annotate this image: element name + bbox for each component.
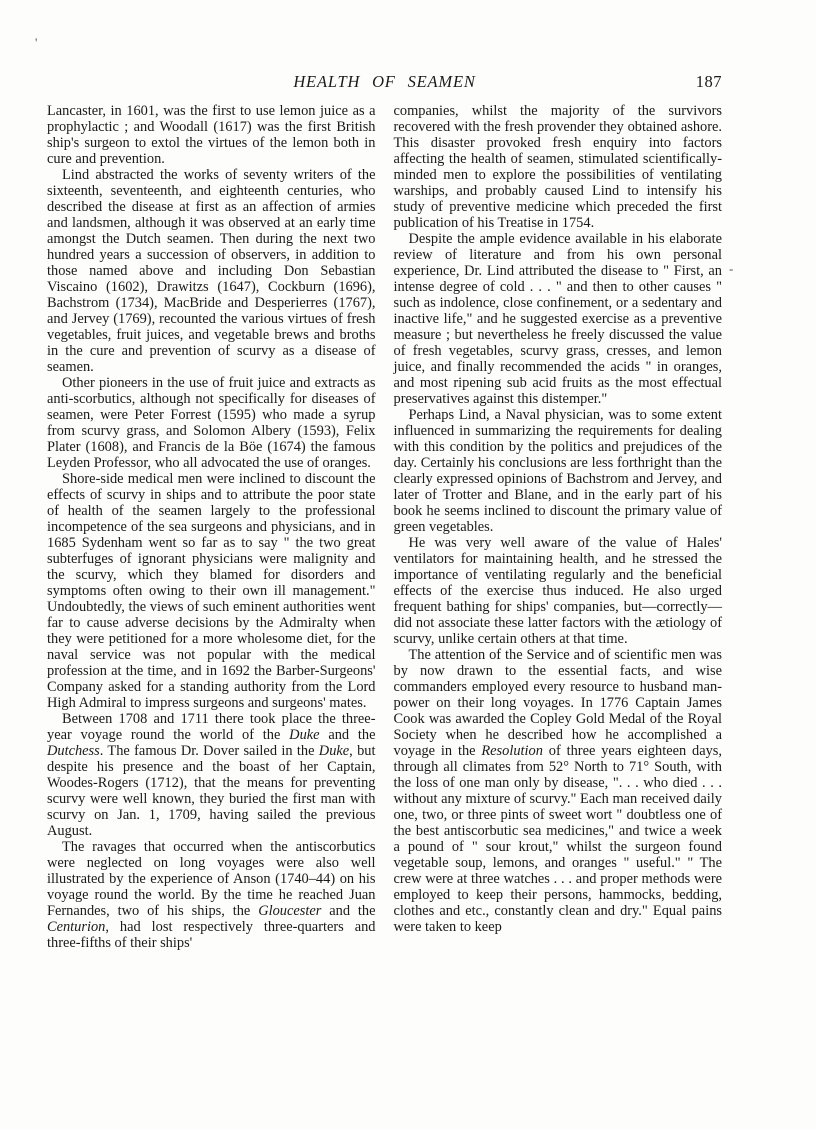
body-text: Perhaps Lind, a Naval physician, was to … [394, 407, 723, 535]
body-text: He was very well aware of the value of H… [394, 535, 723, 647]
italic-text: Centurion [47, 919, 105, 935]
left-column: Lancaster, in 1601, was the first to use… [47, 103, 376, 951]
paragraph: Perhaps Lind, a Naval physician, was to … [394, 407, 723, 535]
right-column: companies, whilst the majority of the su… [394, 103, 723, 951]
body-text: and the [321, 903, 375, 919]
running-title: HEALTH OF SEAMEN [47, 72, 722, 92]
paragraph: Lind abstracted the works of seventy wri… [47, 167, 376, 375]
body-text: and the [320, 727, 376, 743]
paragraph: Other pioneers in the use of fruit juice… [47, 375, 376, 471]
paragraph: The attention of the Service and of scie… [394, 647, 723, 935]
body-text: . The famous Dr. Dover sailed in the [100, 743, 319, 759]
page-header: HEALTH OF SEAMEN 187 [47, 72, 722, 96]
document-page: ' - HEALTH OF SEAMEN 187 Lancaster, in 1… [0, 0, 816, 1129]
paragraph: companies, whilst the majority of the su… [394, 103, 723, 231]
italic-text: Resolution [481, 743, 543, 759]
body-text: Shore-side medical men were inclined to … [47, 471, 376, 711]
text-columns: Lancaster, in 1601, was the first to use… [47, 103, 722, 951]
paragraph: Despite the ample evidence available in … [394, 231, 723, 407]
italic-text: Gloucester [258, 903, 321, 919]
paragraph: Shore-side medical men were inclined to … [47, 471, 376, 711]
italic-text: Duke [289, 727, 319, 743]
paragraph: The ravages that occurred when the antis… [47, 839, 376, 951]
scan-artifact: - [729, 262, 733, 275]
body-text: Despite the ample evidence available in … [394, 231, 723, 407]
page-number: 187 [696, 72, 722, 92]
paragraph: He was very well aware of the value of H… [394, 535, 723, 647]
italic-text: Duke [319, 743, 349, 759]
body-text: of three years eighteen days, through al… [394, 743, 723, 935]
body-text: Lancaster, in 1601, was the first to use… [47, 103, 376, 167]
paragraph: Between 1708 and 1711 there took place t… [47, 711, 376, 839]
body-text: Other pioneers in the use of fruit juice… [47, 375, 376, 471]
italic-text: Dutchess [47, 743, 100, 759]
body-text: companies, whilst the majority of the su… [394, 103, 723, 231]
body-text: Lind abstracted the works of seventy wri… [47, 167, 376, 375]
scan-artifact: ' [35, 36, 37, 49]
paragraph: Lancaster, in 1601, was the first to use… [47, 103, 376, 167]
